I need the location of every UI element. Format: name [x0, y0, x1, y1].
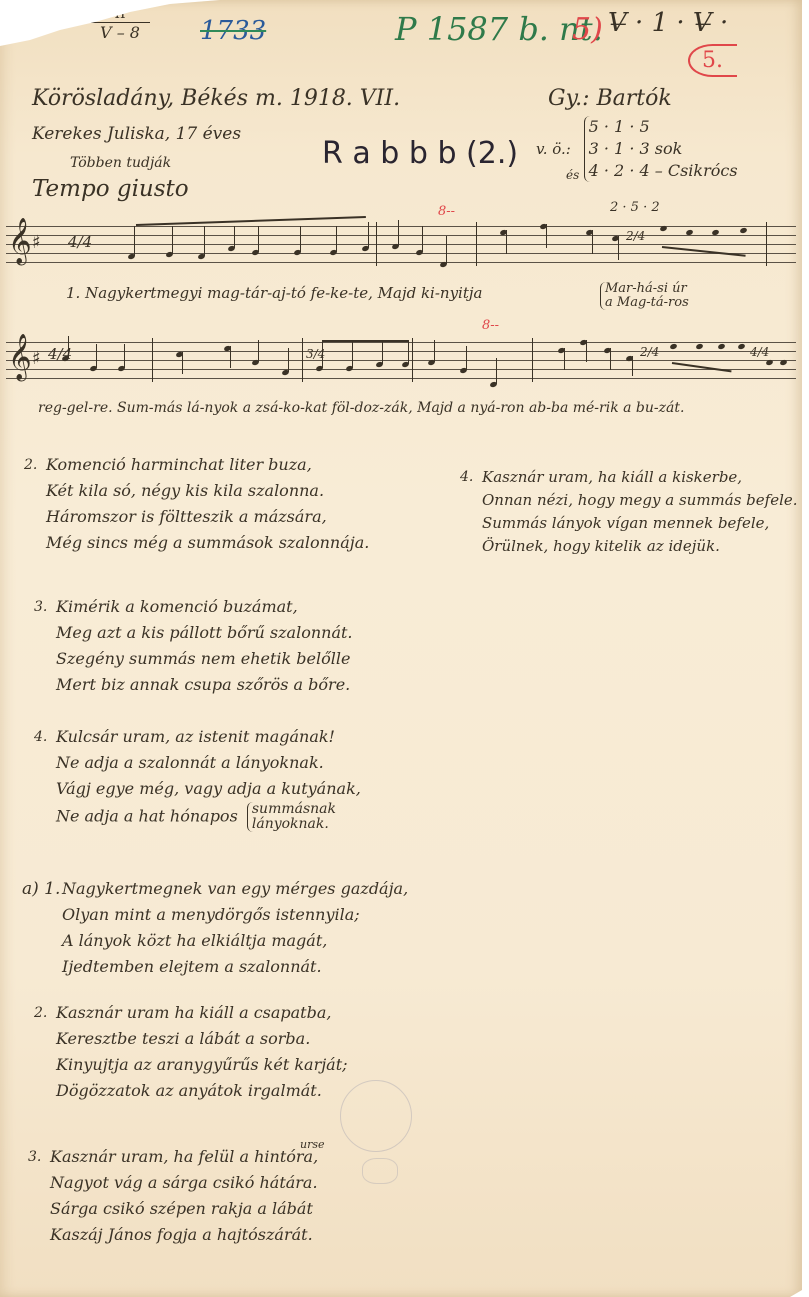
verse-number: 3. [34, 594, 47, 620]
verse-line: Örülnek, hogy kitelik az idejük. [482, 535, 798, 558]
verse-number: 4. [460, 466, 473, 489]
manuscript-page: II V – 8 1733 P 1587 b. nt. 5) V̶ · 1 · … [0, 0, 802, 1297]
verse-line: Ne adja a hat hónapos summásnak lányokna… [56, 802, 361, 832]
verse-line: Vágj egye még, vagy adja a kutyának, [56, 776, 361, 802]
verse-line: Nagykertmegnek van egy mérges gazdája, [62, 876, 408, 902]
time-signature: 4/4 [68, 234, 92, 250]
verse-line: Ijedtemben elejtem a szalonnát. [62, 954, 408, 980]
ottava-mark: 8-- [438, 204, 455, 219]
sharp-icon: ♯ [32, 232, 41, 253]
lyrics-line-2: reg-gel-re. Sum-más lá-nyok a zsá-ko-kat… [38, 400, 684, 416]
brace-alt: lányoknak. [252, 817, 336, 832]
time-change: 4/4 [750, 344, 769, 360]
lyrics-alt-bottom: a Mag-tá-ros [605, 296, 689, 310]
verse-number: 3. [28, 1144, 41, 1170]
verse-line: Kulcsár uram, az istenit magának! [56, 724, 361, 750]
brace-alternatives: summásnak lányoknak. [247, 802, 336, 832]
tempo-marking: Tempo giusto [32, 176, 189, 202]
verse-line: Két kila só, négy kis kila szalonna. [46, 478, 369, 504]
collector: Gy.: Bartók [548, 86, 672, 111]
verse-line: Kimérik a komenció buzámat, [56, 594, 353, 620]
compare-label: v. ö.: [536, 140, 571, 158]
verse-line-text: Ne adja a hat hónapos [56, 807, 238, 826]
shelf-fraction: II V – 8 [90, 6, 150, 42]
verse-line: Summás lányok vígan mennek befele, [482, 512, 798, 535]
verse-line: Sárga csikó szépen rakja a lábát [50, 1196, 318, 1222]
shelf-fraction-bottom: V – 8 [90, 23, 150, 42]
place-date: Körösladány, Békés m. 1918. VII. [32, 86, 400, 111]
verse-line: Nagyot vág a sárga csikó hátára. [50, 1170, 318, 1196]
verse-line: Kasznár uram, ha kiáll a kiskerbe, [482, 466, 798, 489]
compare-ref: 5 · 1 · 5 [589, 116, 738, 138]
verse-2: 2. Komenció harminchat liter buza, Két k… [46, 452, 369, 556]
compare-list: 5 · 1 · 5 3 · 1 · 3 sok 4 · 2 · 4 – Csik… [584, 116, 738, 182]
song-title: R a b b b (2.) [322, 136, 518, 171]
compare-ref: 4 · 2 · 4 – Csikrócs [589, 160, 738, 182]
compare-ref: 2 · 5 · 2 [610, 200, 660, 215]
red-number-left: 5) [572, 12, 603, 47]
verse-a1: a) 1. Nagykertmegnek van egy mérges gazd… [62, 876, 408, 980]
old-number-struck: 1733 [200, 16, 266, 46]
verse-line: Komenció harminchat liter buza, [46, 452, 369, 478]
verse-a3: 3. Kasznár uram, ha felül a hintóra, Nag… [50, 1144, 318, 1248]
verse-line: Még sincs még a summások szalonnája. [46, 530, 369, 556]
verse-right-4: 4. Kasznár uram, ha kiáll a kiskerbe, On… [482, 466, 798, 558]
brace-alt: summásnak [252, 802, 336, 817]
singer: Kerekes Juliska, 17 éves [32, 124, 241, 144]
lyrics-line-1: 1. Nagykertmegyi mag-tár-aj-tó fe-ke-te,… [66, 284, 482, 302]
music-staff-2: 𝄞 ♯ 4/4 3/4 2/4 4/4 [6, 342, 796, 378]
verse-line: Kasznár uram, ha felül a hintóra, [50, 1144, 318, 1170]
verse-line: Kaszáj János fogja a hajtószárát. [50, 1222, 318, 1248]
lyrics-alt: Mar-há-si úr a Mag-tá-ros [600, 282, 689, 310]
treble-clef-icon: 𝄞 [8, 334, 32, 380]
verse-line: Háromszor is föltteszik a mázsára, [46, 504, 369, 530]
roman-reference: V̶ · 1 · V̶ · [608, 8, 728, 38]
compare-conj: és [566, 168, 579, 182]
verse-number: 4. [34, 724, 47, 750]
ottava-mark: 8-- [482, 318, 499, 333]
verse-line: Ne adja a szalonnát a lányoknak. [56, 750, 361, 776]
verse-number: a) 1. [22, 876, 60, 902]
compare-ref: 3 · 1 · 3 sok [589, 138, 738, 160]
lyrics-alt-top: Mar-há-si úr [605, 282, 689, 296]
red-circled-number: 5. [688, 44, 737, 77]
verse-line: Meg azt a kis pállott bőrű szalonnát. [56, 620, 353, 646]
verse-line: Dögözzatok az anyátok irgalmát. [56, 1078, 348, 1104]
verse-line: Onnan nézi, hogy megy a summás befele. [482, 489, 798, 512]
verse-3: 3. Kimérik a komenció buzámat, Meg azt a… [56, 594, 353, 698]
verse-line: Olyan mint a menydörgős istennyila; [62, 902, 408, 928]
sharp-icon: ♯ [32, 348, 41, 369]
verse-number: 2. [24, 452, 37, 478]
verse-line: Kinyujtja az aranygyűrűs két karját; [56, 1052, 348, 1078]
shelf-fraction-top: II [90, 6, 150, 23]
verse-line: Keresztbe teszi a lábát a sorba. [56, 1026, 348, 1052]
verse-line: A lányok közt ha elkiáltja magát, [62, 928, 408, 954]
note-others-know: Többen tudják [70, 155, 171, 171]
verse-line: Kasznár uram ha kiáll a csapatba, [56, 1000, 348, 1026]
verse-number: 2. [34, 1000, 47, 1026]
stamp-mark-icon [362, 1158, 398, 1184]
library-stamp-icon [340, 1080, 412, 1152]
time-change: 2/4 [626, 228, 645, 244]
verse-line: Mert biz annak csupa szőrös a bőre. [56, 672, 353, 698]
music-staff-1: 𝄞 ♯ 4/4 2/4 [6, 226, 796, 262]
verse-4: 4. Kulcsár uram, az istenit magának! Ne … [56, 724, 361, 832]
time-change: 2/4 [640, 344, 659, 360]
treble-clef-icon: 𝄞 [8, 218, 32, 264]
verse-a2: 2. Kasznár uram ha kiáll a csapatba, Ker… [56, 1000, 348, 1104]
verse-line: Szegény summás nem ehetik belőlle [56, 646, 353, 672]
